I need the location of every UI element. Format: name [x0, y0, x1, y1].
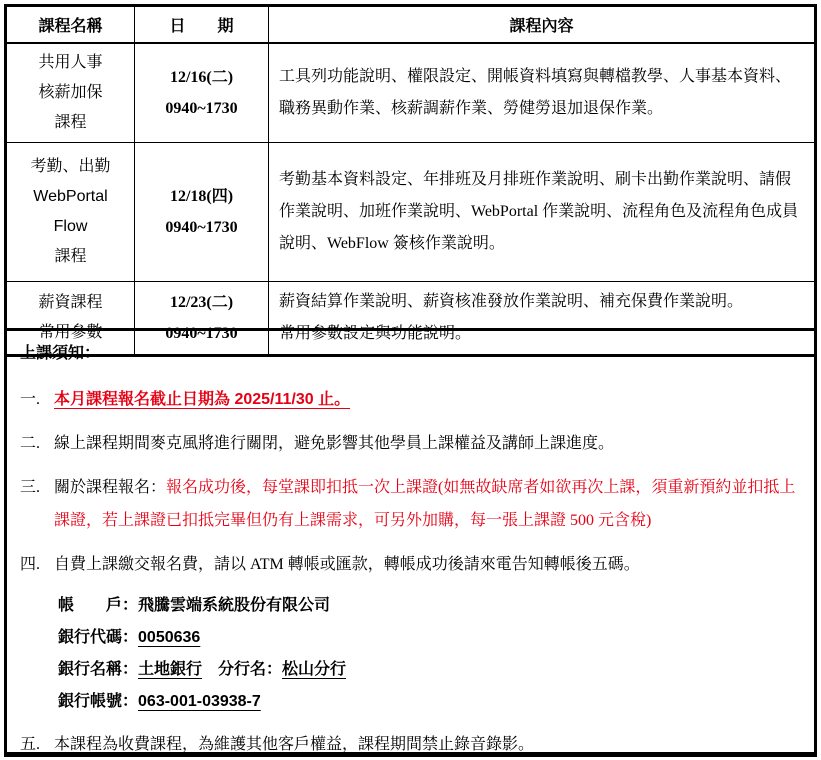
header-date: 日 期 [135, 6, 269, 44]
course-name: 考勤、出勤 WebPortal Flow 課程 [6, 143, 135, 282]
table-row: 共用人事 核薪加保 課程 12/16(二) 0940~1730 工具列功能說明、… [6, 43, 816, 143]
bank-number-value: 063-001-03938-7 [138, 693, 261, 710]
note-text-deadline: 本月課程報名截止日期為 2025/11/30 止。 [54, 383, 804, 416]
note-text-payment: 自費上課繳交報名費，請以 ATM 轉帳或匯款，轉帳成功後請來電告知轉帳後五碼。 [54, 548, 804, 581]
header-course-name: 課程名稱 [6, 6, 135, 44]
course-date: 12/18(四) 0940~1730 [135, 143, 269, 282]
note-number: 五. [20, 728, 54, 760]
notes-heading: 上課須知： [20, 343, 804, 365]
note-item-5: 五. 本課程為收費課程，為維護其他客戶權益，課程期間禁止錄音錄影。 [20, 728, 804, 760]
bank-number-line: 銀行帳號：063-001-03938-7 [58, 686, 804, 718]
bank-code-value: 0050636 [138, 629, 200, 646]
course-content: 考勤基本資料設定、年排班及月排班作業說明、刷卡出勤作業說明、請假作業說明、加班作… [269, 143, 816, 282]
note-number: 二. [20, 427, 54, 460]
class-notes-box: 上課須知： 一. 本月課程報名截止日期為 2025/11/30 止。 二. 線上… [4, 328, 817, 757]
note-number: 四. [20, 548, 54, 581]
account-value: 飛騰雲端系統股份有限公司 [138, 597, 330, 614]
header-course-content: 課程內容 [269, 6, 816, 44]
course-schedule-table: 課程名稱 日 期 課程內容 共用人事 核薪加保 課程 12/16(二) 0940… [4, 4, 817, 357]
bank-details: 帳 戶：飛騰雲端系統股份有限公司 銀行代碼：0050636 銀行名稱：土地銀行 … [58, 590, 804, 718]
deadline-highlight: 本月課程報名截止日期為 2025/11/30 止。 [54, 391, 350, 408]
table-header-row: 課程名稱 日 期 課程內容 [6, 6, 816, 44]
account-label: 帳 戶： [58, 597, 138, 614]
branch-value: 松山分行 [282, 661, 346, 678]
bank-account-line: 帳 戶：飛騰雲端系統股份有限公司 [58, 590, 804, 622]
branch-label: 分行名： [202, 661, 282, 678]
note-number: 一. [20, 383, 54, 416]
table-row: 考勤、出勤 WebPortal Flow 課程 12/18(四) 0940~17… [6, 143, 816, 282]
bank-name-label: 銀行名稱： [58, 661, 138, 678]
note-item-2: 二. 線上課程期間麥克風將進行關閉，避免影響其他學員上課權益及講師上課進度。 [20, 427, 804, 460]
note-item-4: 四. 自費上課繳交報名費，請以 ATM 轉帳或匯款，轉帳成功後請來電告知轉帳後五… [20, 548, 804, 581]
note-item-3: 三. 關於課程報名：報名成功後，每堂課即扣抵一次上課證(如無故缺席者如欲再次上課… [20, 471, 804, 537]
registration-label: 關於課程報名： [54, 479, 166, 496]
course-date: 12/16(二) 0940~1730 [135, 43, 269, 143]
course-content: 工具列功能說明、權限設定、開帳資料填寫與轉檔教學、人事基本資料、職務異動作業、核… [269, 43, 816, 143]
bank-code-line: 銀行代碼：0050636 [58, 622, 804, 654]
bank-name-value: 土地銀行 [138, 661, 202, 678]
note-text-recording: 本課程為收費課程，為維護其他客戶權益，課程期間禁止錄音錄影。 [54, 728, 804, 760]
course-name: 共用人事 核薪加保 課程 [6, 43, 135, 143]
note-number: 三. [20, 471, 54, 537]
bank-code-label: 銀行代碼： [58, 629, 138, 646]
note-item-1: 一. 本月課程報名截止日期為 2025/11/30 止。 [20, 383, 804, 416]
bank-number-label: 銀行帳號： [58, 693, 138, 710]
bank-name-line: 銀行名稱：土地銀行 分行名：松山分行 [58, 654, 804, 686]
note-text-registration: 關於課程報名：報名成功後，每堂課即扣抵一次上課證(如無故缺席者如欲再次上課，須重… [54, 471, 804, 537]
registration-detail: 報名成功後，每堂課即扣抵一次上課證(如無故缺席者如欲再次上課，須重新預約並扣抵上… [54, 479, 795, 529]
note-text-microphone: 線上課程期間麥克風將進行關閉，避免影響其他學員上課權益及講師上課進度。 [54, 427, 804, 460]
